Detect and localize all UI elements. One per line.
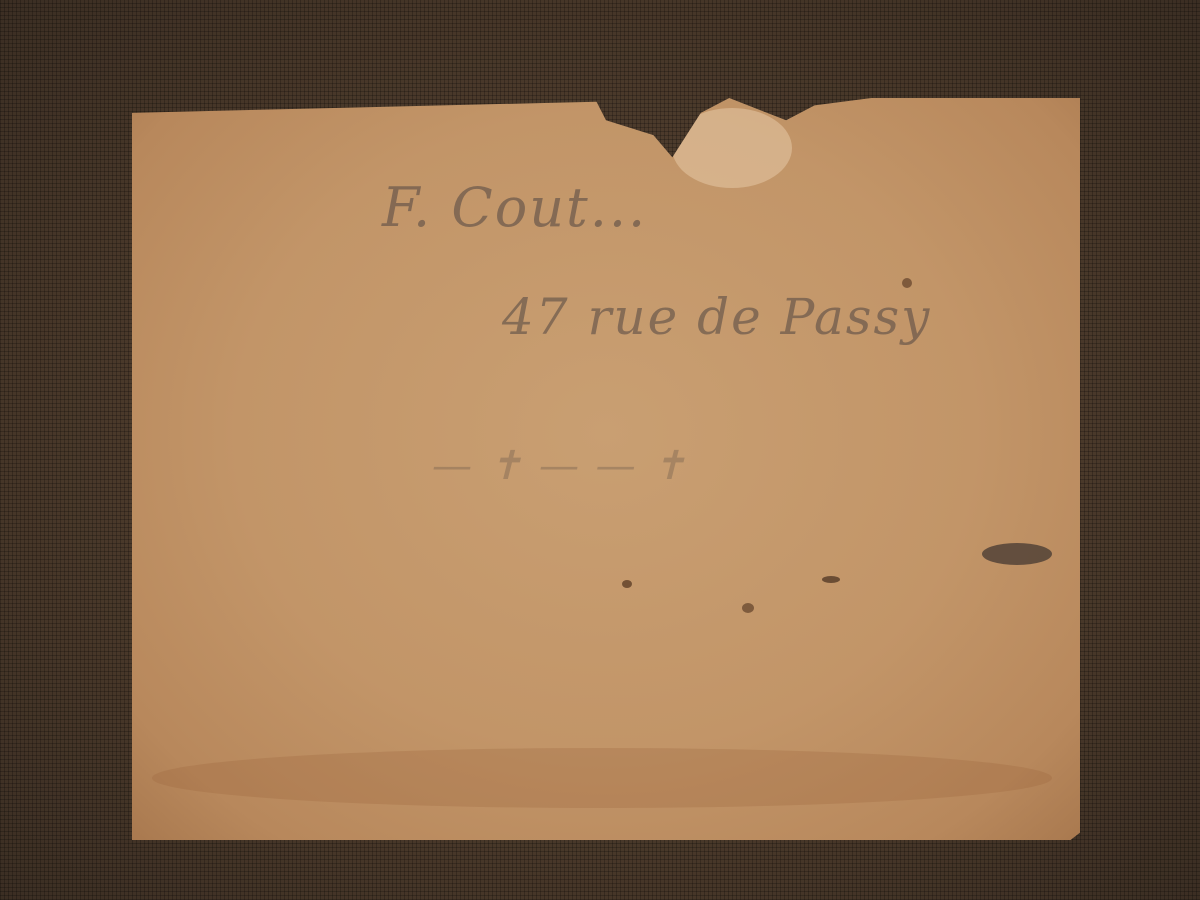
stain-bottom <box>152 748 1052 808</box>
stain-spot-2 <box>822 576 840 583</box>
inscription-line-1: F. Cout... <box>382 176 647 239</box>
stain-spot-1 <box>622 580 632 588</box>
stain-spot-3 <box>742 603 754 613</box>
stain-right <box>982 543 1052 565</box>
torn-edge-highlight <box>672 108 792 188</box>
inscription-line-3: — ✝ — — ✝ <box>432 443 688 489</box>
stain-spot-4 <box>902 278 912 288</box>
inscription-line-2: 47 rue de Passy <box>502 288 931 346</box>
paper-label: F. Cout... 47 rue de Passy — ✝ — — ✝ <box>132 98 1080 840</box>
